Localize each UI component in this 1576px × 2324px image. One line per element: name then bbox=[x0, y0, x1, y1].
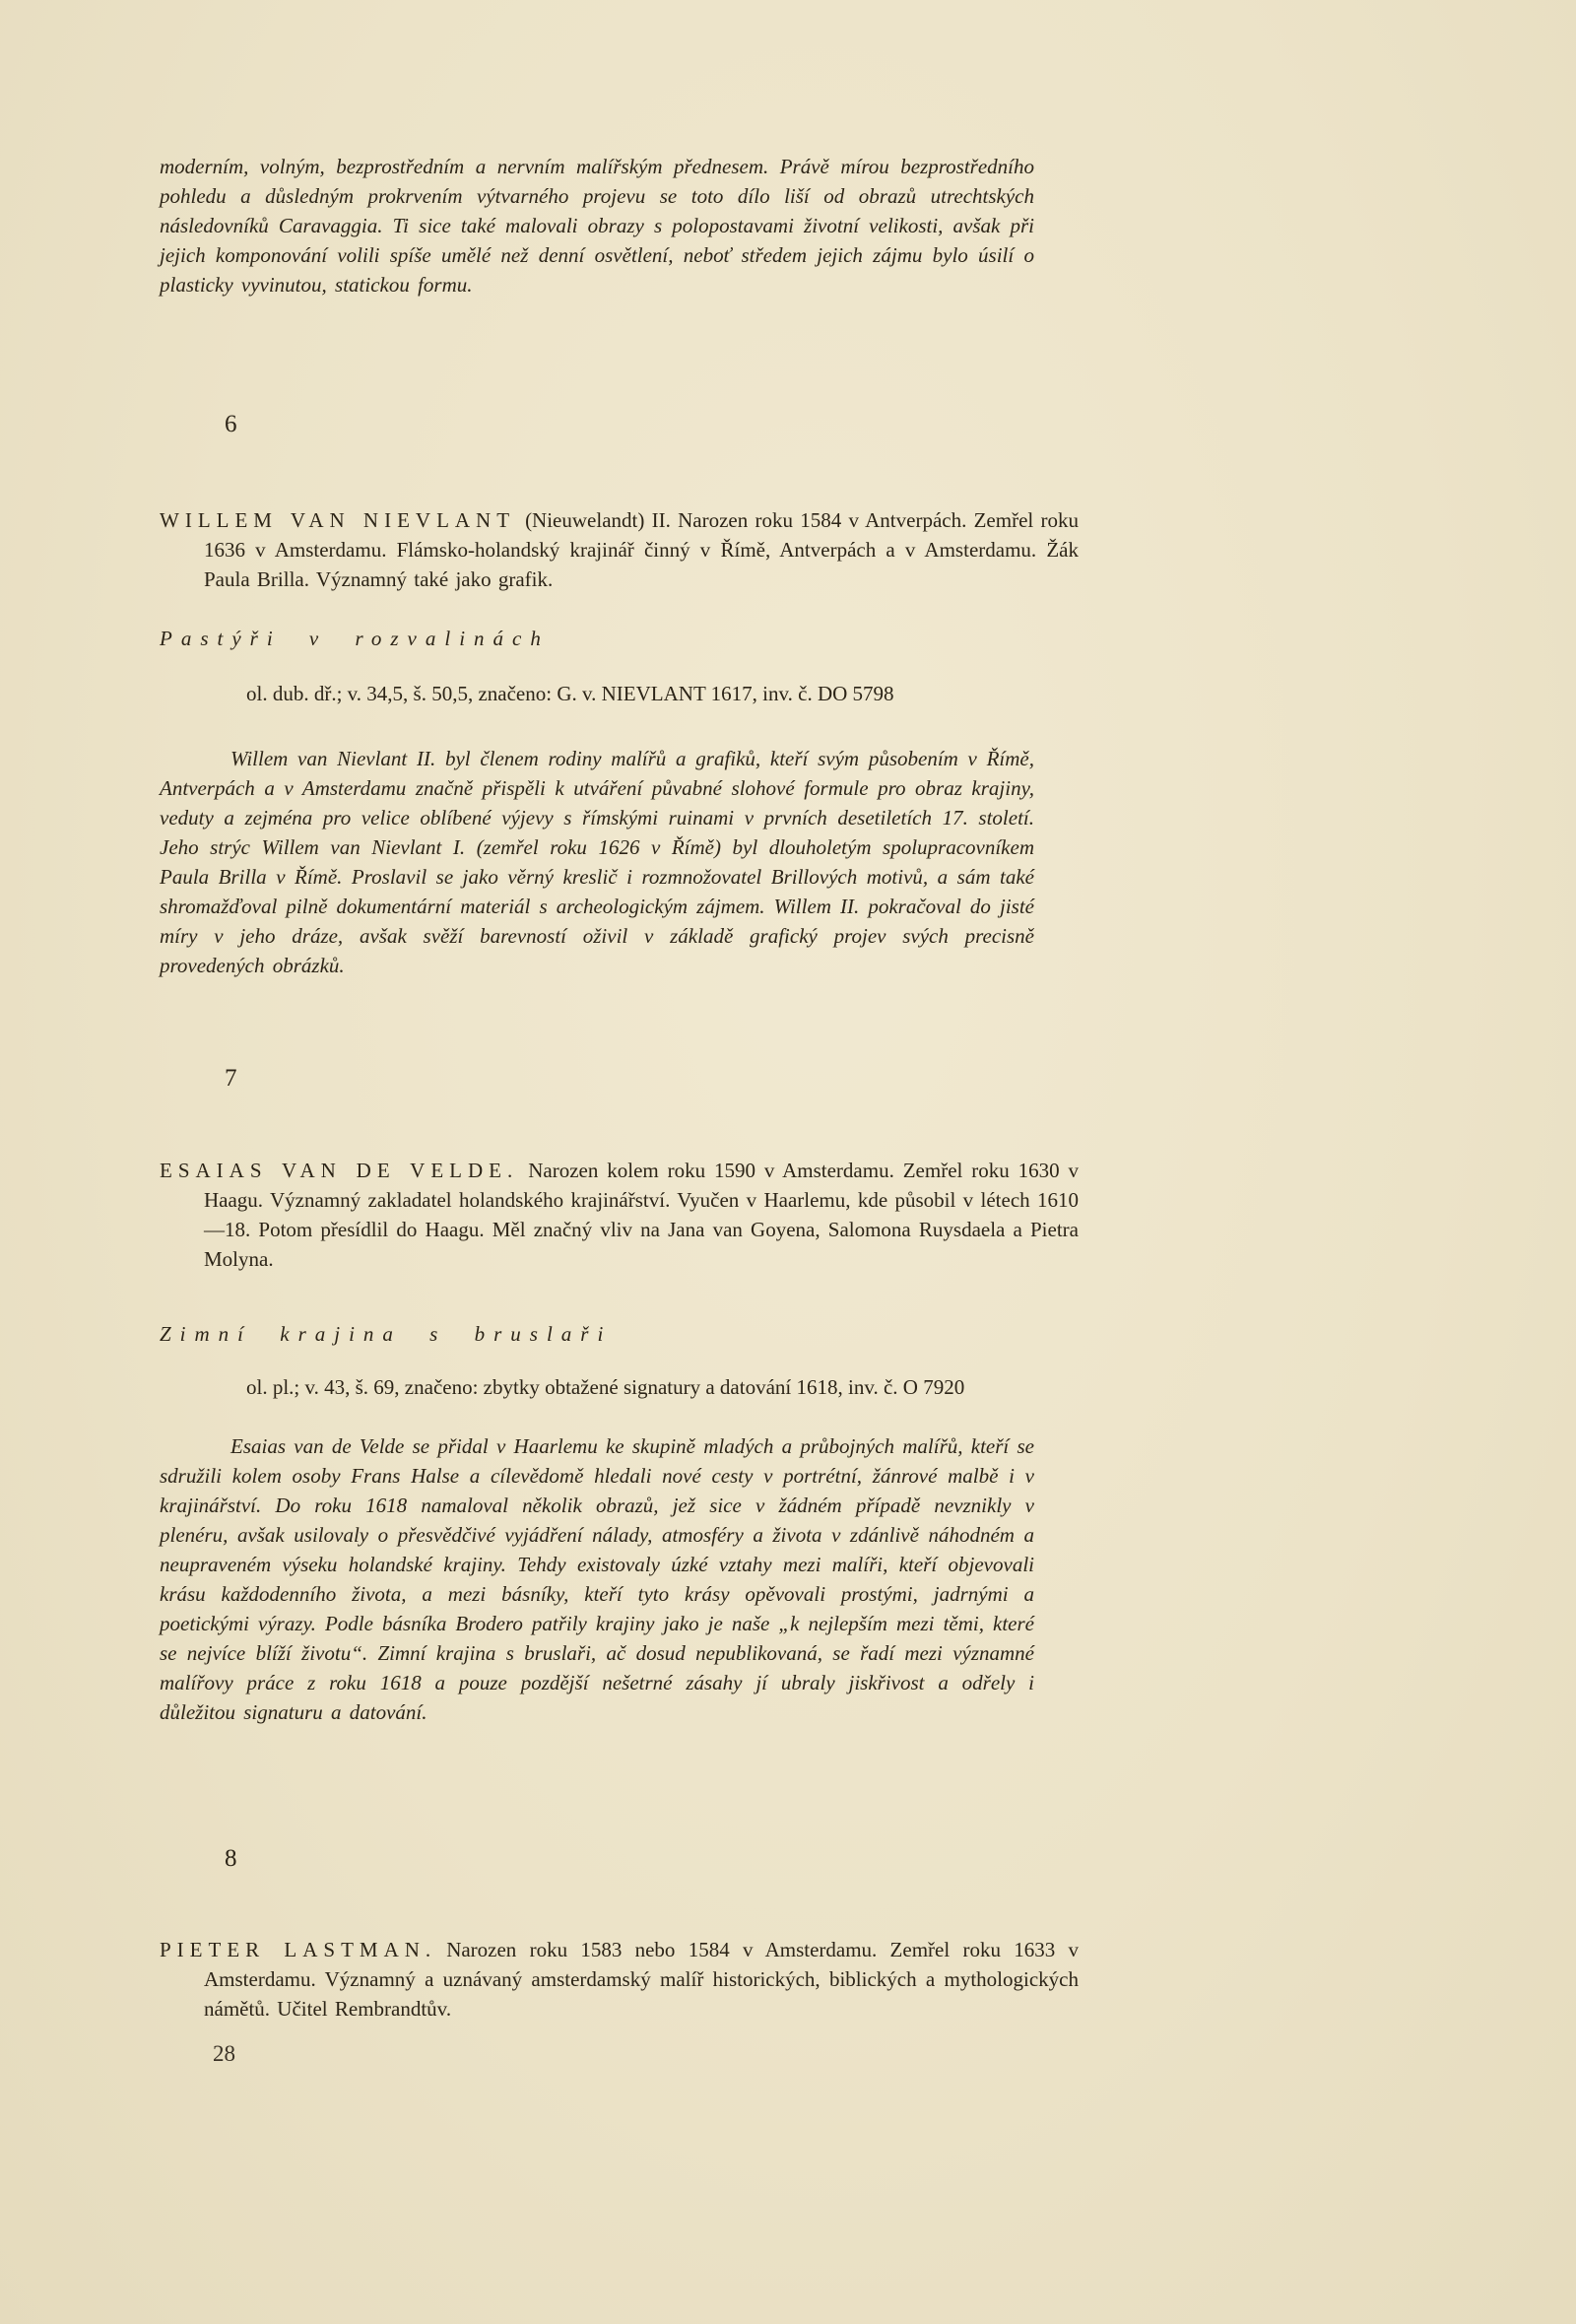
entry-6-commentary: Willem van Nievlant II. byl členem rodin… bbox=[160, 744, 1034, 980]
page-number: 28 bbox=[213, 2041, 235, 2067]
entry-7-heading: ESAIAS VAN DE VELDE.Narozen kolem roku 1… bbox=[160, 1156, 1079, 1274]
entry-7-work-details: ol. pl.; v. 43, š. 69, značeno: zbytky o… bbox=[160, 1372, 1121, 1402]
entry-6-heading: WILLEM VAN NIEVLANT(Nieuwelandt) II. Nar… bbox=[160, 505, 1079, 594]
entry-7-commentary: Esaias van de Velde se přidal v Haarlemu… bbox=[160, 1431, 1034, 1727]
entry-7-number: 7 bbox=[160, 1064, 1099, 1094]
entry-6-work-details: ol. dub. dř.; v. 34,5, š. 50,5, značeno:… bbox=[160, 679, 1121, 708]
entry-8-heading: PIETER LASTMAN.Narozen roku 1583 nebo 15… bbox=[160, 1935, 1079, 2024]
entry-8-number: 8 bbox=[160, 1844, 1099, 1874]
entry-7-work-title: Zimní krajina s bruslaři bbox=[160, 1319, 1034, 1349]
book-page: moderním, volným, bezprostředním a nervn… bbox=[0, 0, 1576, 2324]
entry-6-work-title: Pastýři v rozvalinách bbox=[160, 624, 1034, 653]
entry-6-artist-name: WILLEM VAN NIEVLANT bbox=[160, 508, 515, 532]
intro-paragraph: moderním, volným, bezprostředním a nervn… bbox=[160, 152, 1034, 299]
entry-6-number: 6 bbox=[160, 410, 1099, 439]
entry-7-artist-name: ESAIAS VAN DE VELDE. bbox=[160, 1159, 518, 1182]
entry-8-artist-name: PIETER LASTMAN. bbox=[160, 1938, 436, 1961]
